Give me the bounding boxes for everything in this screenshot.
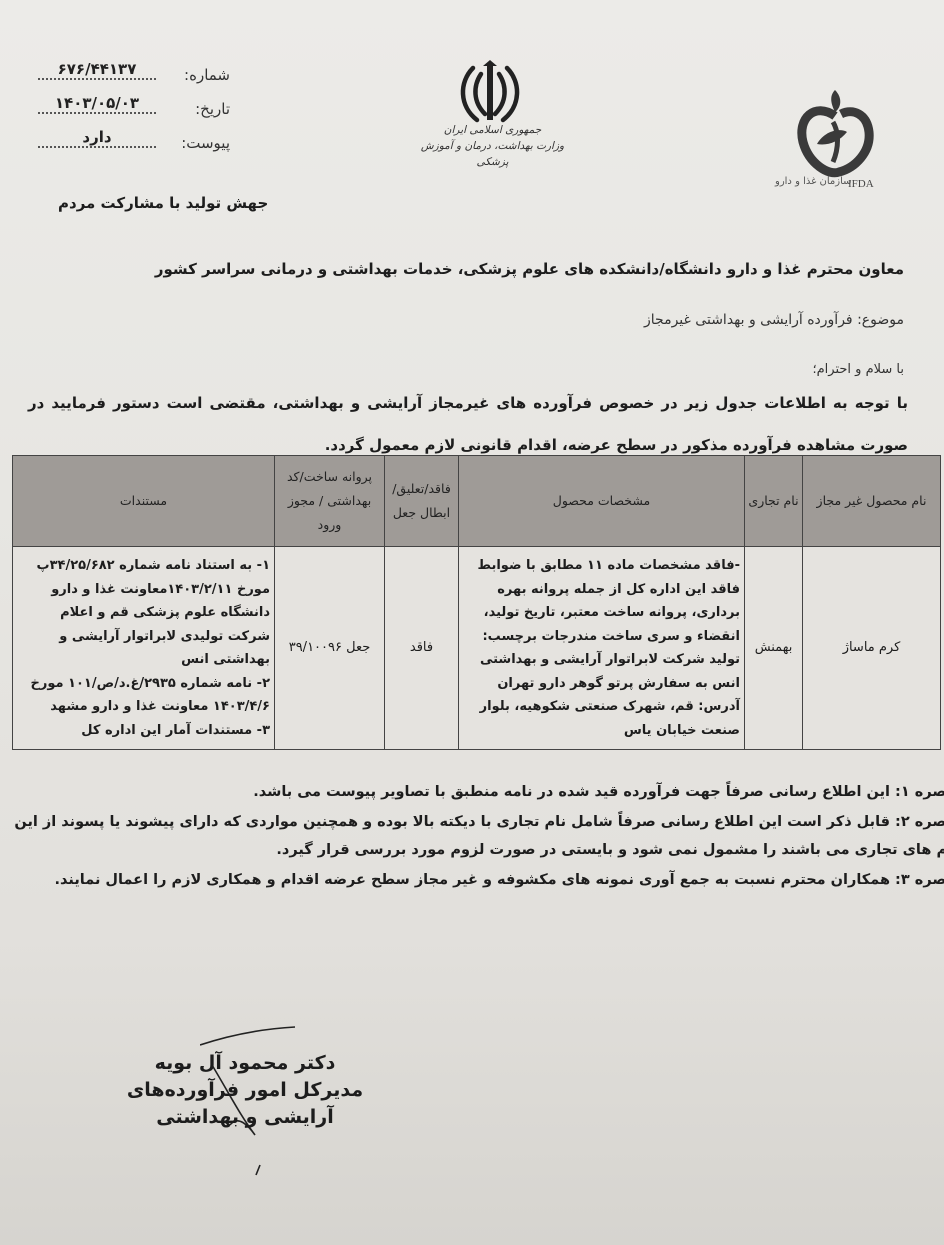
- document-item: ۲- نامه شماره ۲۹۳۵/غ.د/ص/۱۰۱ مورخ ۱۴۰۳/۴…: [17, 672, 270, 719]
- ifda-logo-icon: [795, 82, 875, 182]
- greeting: با سلام و احترام؛: [813, 362, 905, 377]
- cell-status: فاقد: [385, 547, 459, 750]
- document-item: ۱- به استناد نامه شماره ۳۴/۲۵/۶۸۲پ مورخ …: [17, 554, 270, 672]
- note-2: تبصره ۲: قابل ذکر است این اطلاع رسانی صر…: [8, 808, 944, 864]
- header-brand-name: نام تجاری: [745, 456, 803, 547]
- ifda-persian-text: سازمان غذا و دارو: [775, 176, 852, 187]
- note-1: تبصره ۱: این اطلاع رسانی صرفاً جهت فرآور…: [8, 778, 944, 806]
- iran-emblem-icon: [455, 58, 525, 128]
- slogan: جهش تولید با مشارکت مردم: [58, 194, 268, 212]
- ministry-text-line1: جمهوری اسلامی ایران: [405, 122, 580, 138]
- subject-line: موضوع: فرآورده آرایشی و بهداشتی غیرمجاز: [644, 312, 904, 328]
- letter-attachment-value: دارد: [38, 128, 156, 148]
- letter-number-value: ۶۷۶/۴۴۱۳۷: [38, 60, 156, 80]
- letter-date-row: تاریخ: ۱۴۰۳/۰۵/۰۳: [30, 94, 230, 128]
- signature-block: دکتر محمود آل بویه مدیرکل امور فرآورده‌ه…: [120, 1050, 370, 1131]
- header-license: پروانه ساخت/کد بهداشتی / مجوز ورود: [275, 456, 385, 547]
- header-product-name: نام محصول غیر مجاز: [803, 456, 941, 547]
- cell-documents: ۱- به استناد نامه شماره ۳۴/۲۵/۶۸۲پ مورخ …: [13, 547, 275, 750]
- letter-date-label: تاریخ:: [195, 100, 230, 118]
- letter-meta: شماره: ۶۷۶/۴۴۱۳۷ تاریخ: ۱۴۰۳/۰۵/۰۳ پیوست…: [30, 60, 230, 162]
- ministry-text: جمهوری اسلامی ایران وزارت بهداشت، درمان …: [405, 122, 580, 170]
- header-documents: مستندات: [13, 456, 275, 547]
- header-status: فاقد/تعلیق/ ابطال جعل: [385, 456, 459, 547]
- header-product-specs: مشخصات محصول: [459, 456, 745, 547]
- body-paragraph: با توجه به اطلاعات جدول زیر در خصوص فرآو…: [28, 382, 908, 466]
- cell-product-specs: -فاقد مشخصات ماده ۱۱ مطابق با ضوابط فاقد…: [459, 547, 745, 750]
- table-row: کرم ماساژ بهمنش -فاقد مشخصات ماده ۱۱ مطا…: [13, 547, 941, 750]
- ministry-text-line2: وزارت بهداشت، درمان و آموزش پزشکی: [405, 138, 580, 170]
- document-item: ۳- مستندات آمار این اداره کل: [17, 719, 270, 743]
- letter-attachment-label: پیوست:: [181, 134, 230, 152]
- letter-number-row: شماره: ۶۷۶/۴۴۱۳۷: [30, 60, 230, 94]
- letter-date-value: ۱۴۰۳/۰۵/۰۳: [38, 94, 156, 114]
- cell-product-name: کرم ماساژ: [803, 547, 941, 750]
- cell-brand-name: بهمنش: [745, 547, 803, 750]
- letter-attachment-row: پیوست: دارد: [30, 128, 230, 162]
- products-table: نام محصول غیر مجاز نام تجاری مشخصات محصو…: [12, 455, 941, 750]
- table-header-row: نام محصول غیر مجاز نام تجاری مشخصات محصو…: [13, 456, 941, 547]
- signatory-title-line1: مدیرکل امور فرآورده‌های: [120, 1077, 370, 1104]
- addressee: معاون محترم غذا و دارو دانشگاه/دانشکده ه…: [155, 260, 904, 278]
- signatory-name: دکتر محمود آل بویه: [120, 1050, 370, 1077]
- letter-page: شماره: ۶۷۶/۴۴۱۳۷ تاریخ: ۱۴۰۳/۰۵/۰۳ پیوست…: [0, 0, 944, 1245]
- notes: تبصره ۱: این اطلاع رسانی صرفاً جهت فرآور…: [8, 778, 944, 896]
- letter-number-label: شماره:: [184, 66, 230, 84]
- note-3: تبصره ۳: همکاران محترم نسبت به جمع آوری …: [8, 866, 944, 894]
- ifda-brand-text: IFDA: [848, 178, 874, 190]
- signatory-title-line2: آرایشی و بهداشتی: [120, 1104, 370, 1131]
- cell-license: جعل ۳۹/۱۰۰۹۶: [275, 547, 385, 750]
